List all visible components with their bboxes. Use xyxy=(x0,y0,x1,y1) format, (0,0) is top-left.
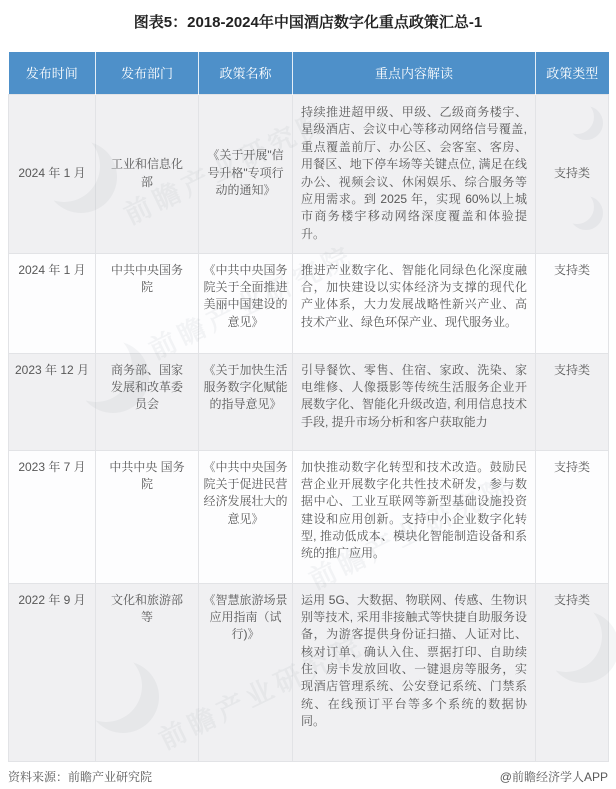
footer: 资料来源：前瞻产业研究院 @前瞻经济学人APP xyxy=(8,770,608,784)
publish-time-cell: 2023 年 7 月 xyxy=(9,450,96,583)
publish-dept-cell: 中共中央国务院 xyxy=(96,253,199,353)
table-row: 2022 年 9 月 文化和旅游部等 《智慧旅游场景应用指南（试行)》 运用 5… xyxy=(9,583,609,761)
app-credit: @前瞻经济学人APP xyxy=(500,770,608,784)
policy-name-cell: 《中共中央国务院关于全面推进美丽中国建设的意见》 xyxy=(199,253,293,353)
publish-dept-cell: 工业和信息化部 xyxy=(96,94,199,253)
policy-type-cell: 支持类 xyxy=(536,450,609,583)
col-header-publish-time: 发布时间 xyxy=(9,52,96,94)
table-header-row: 发布时间 发布部门 政策名称 重点内容解读 政策类型 xyxy=(9,52,609,94)
policy-type-cell: 支持类 xyxy=(536,253,609,353)
publish-time-cell: 2024 年 1 月 xyxy=(9,94,96,253)
publish-dept-cell: 文化和旅游部等 xyxy=(96,583,199,761)
table-row: 2023 年 12 月 商务部、国家发展和改革委员会 《关于加快生活服务数字化赋… xyxy=(9,353,609,450)
policy-type-cell: 支持类 xyxy=(536,583,609,761)
policy-name-cell: 《关于开展"信号升格"专项行动的通知》 xyxy=(199,94,293,253)
col-header-key-content: 重点内容解读 xyxy=(293,52,536,94)
col-header-policy-name: 政策名称 xyxy=(199,52,293,94)
publish-dept-cell: 中共中央 国务院 xyxy=(96,450,199,583)
key-content-cell: 运用 5G、大数据、物联网、传感、生物识别等技术, 采用非接触式等快捷自助服务设… xyxy=(293,583,536,761)
key-content-cell: 加快推动数字化转型和技术改造。鼓励民营企业开展数字化共性技术研发，参与数据中心、… xyxy=(293,450,536,583)
key-content-cell: 持续推进超甲级、甲级、乙级商务楼宇、星级酒店、会议中心等移动网络信号覆盖, 重点… xyxy=(293,94,536,253)
policy-name-cell: 《关于加快生活服务数字化赋能的指导意见》 xyxy=(199,353,293,450)
key-content-cell: 引导餐饮、零售、住宿、家政、洗染、家电维修、人像摄影等传统生活服务企业开展数字化… xyxy=(293,353,536,450)
publish-time-cell: 2024 年 1 月 xyxy=(9,253,96,353)
col-header-publish-dept: 发布部门 xyxy=(96,52,199,94)
policy-table: 发布时间 发布部门 政策名称 重点内容解读 政策类型 2024 年 1 月 工业… xyxy=(8,52,609,762)
table-row: 2024 年 1 月 中共中央国务院 《中共中央国务院关于全面推进美丽中国建设的… xyxy=(9,253,609,353)
col-header-policy-type: 政策类型 xyxy=(536,52,609,94)
policy-name-cell: 《中共中央国务院关于促进民营经济发展壮大的意见》 xyxy=(199,450,293,583)
table-row: 2024 年 1 月 工业和信息化部 《关于开展"信号升格"专项行动的通知》 持… xyxy=(9,94,609,253)
policy-name-cell: 《智慧旅游场景应用指南（试行)》 xyxy=(199,583,293,761)
table-row: 2023 年 7 月 中共中央 国务院 《中共中央国务院关于促进民营经济发展壮大… xyxy=(9,450,609,583)
source-note: 资料来源：前瞻产业研究院 xyxy=(8,770,152,784)
publish-time-cell: 2023 年 12 月 xyxy=(9,353,96,450)
policy-type-cell: 支持类 xyxy=(536,94,609,253)
page-title: 图表5：2018-2024年中国酒店数字化重点政策汇总-1 xyxy=(0,0,616,33)
policy-type-cell: 支持类 xyxy=(536,353,609,450)
publish-dept-cell: 商务部、国家发展和改革委员会 xyxy=(96,353,199,450)
figure-page: 图表5：2018-2024年中国酒店数字化重点政策汇总-1 发布时间 发布部门 … xyxy=(0,0,616,789)
publish-time-cell: 2022 年 9 月 xyxy=(9,583,96,761)
key-content-cell: 推进产业数字化、智能化同绿色化深度融合，加快建设以实体经济为支撑的现代化产业体系… xyxy=(293,253,536,353)
